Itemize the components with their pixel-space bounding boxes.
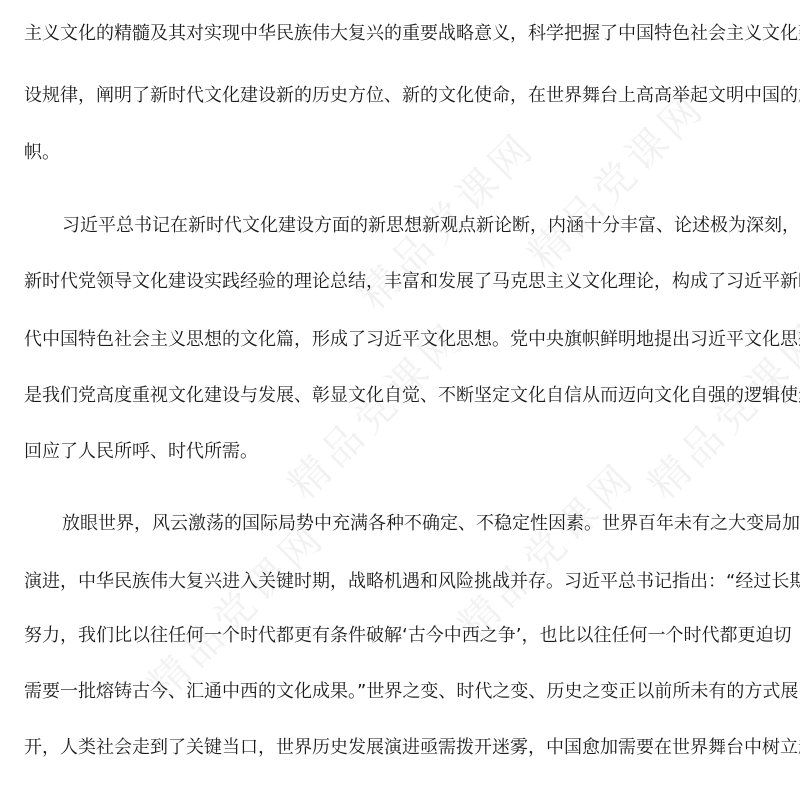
document-page: 精品党课网 精品党课网 精品党课网 精品党课网 精品党课网 精品党课网 主义文化… <box>0 0 800 800</box>
text-line: 放眼世界，风云激荡的国际局势中充满各种不确定、不稳定性因素。世界百年未有之大变局… <box>62 512 776 536</box>
text-line: 是我们党高度重视文化建设与发展、彰显文化自觉、不断坚定文化自信从而迈向文化自强的… <box>24 384 776 408</box>
text-line: 代中国特色社会主义思想的文化篇，形成了习近平文化思想。党中央旗帜鲜明地提出习近平… <box>24 328 776 352</box>
watermark: 精品党课网 <box>444 447 647 650</box>
text-line: 习近平总书记在新时代文化建设方面的新思想新观点新论断，内涵十分丰富、论述极为深刻… <box>62 214 776 238</box>
text-line: 努力，我们比以往任何一个时代都更有条件破解‘古今中西之争’，也比以往任何一个时代… <box>24 624 776 648</box>
text-line: 需要一批熔铸古今、汇通中西的文化成果。”世界之变、时代之变、历史之变正以前所未有… <box>24 680 776 704</box>
text-line: 新时代党领导文化建设实践经验的理论总结，丰富和发展了马克思主义文化理论，构成了习… <box>24 270 776 294</box>
text-line: 帜。 <box>24 141 776 165</box>
text-line: 演进，中华民族伟大复兴进入关键时期，战略机遇和风险挑战并存。习近平总书记指出：“… <box>24 570 776 594</box>
text-line: 设规律，阐明了新时代文化建设新的历史方位、新的文化使命，在世界舞台上高高举起文明… <box>24 84 776 108</box>
text-line: 回应了人民所呼、时代所需。 <box>24 440 776 464</box>
text-line: 主义文化的精髓及其对实现中华民族伟大复兴的重要战略意义，科学把握了中国特色社会主… <box>24 22 776 46</box>
text-line: 开，人类社会走到了关键当口，世界历史发展演进亟需拨开迷雾，中国愈加需要在世界舞台… <box>24 736 776 760</box>
